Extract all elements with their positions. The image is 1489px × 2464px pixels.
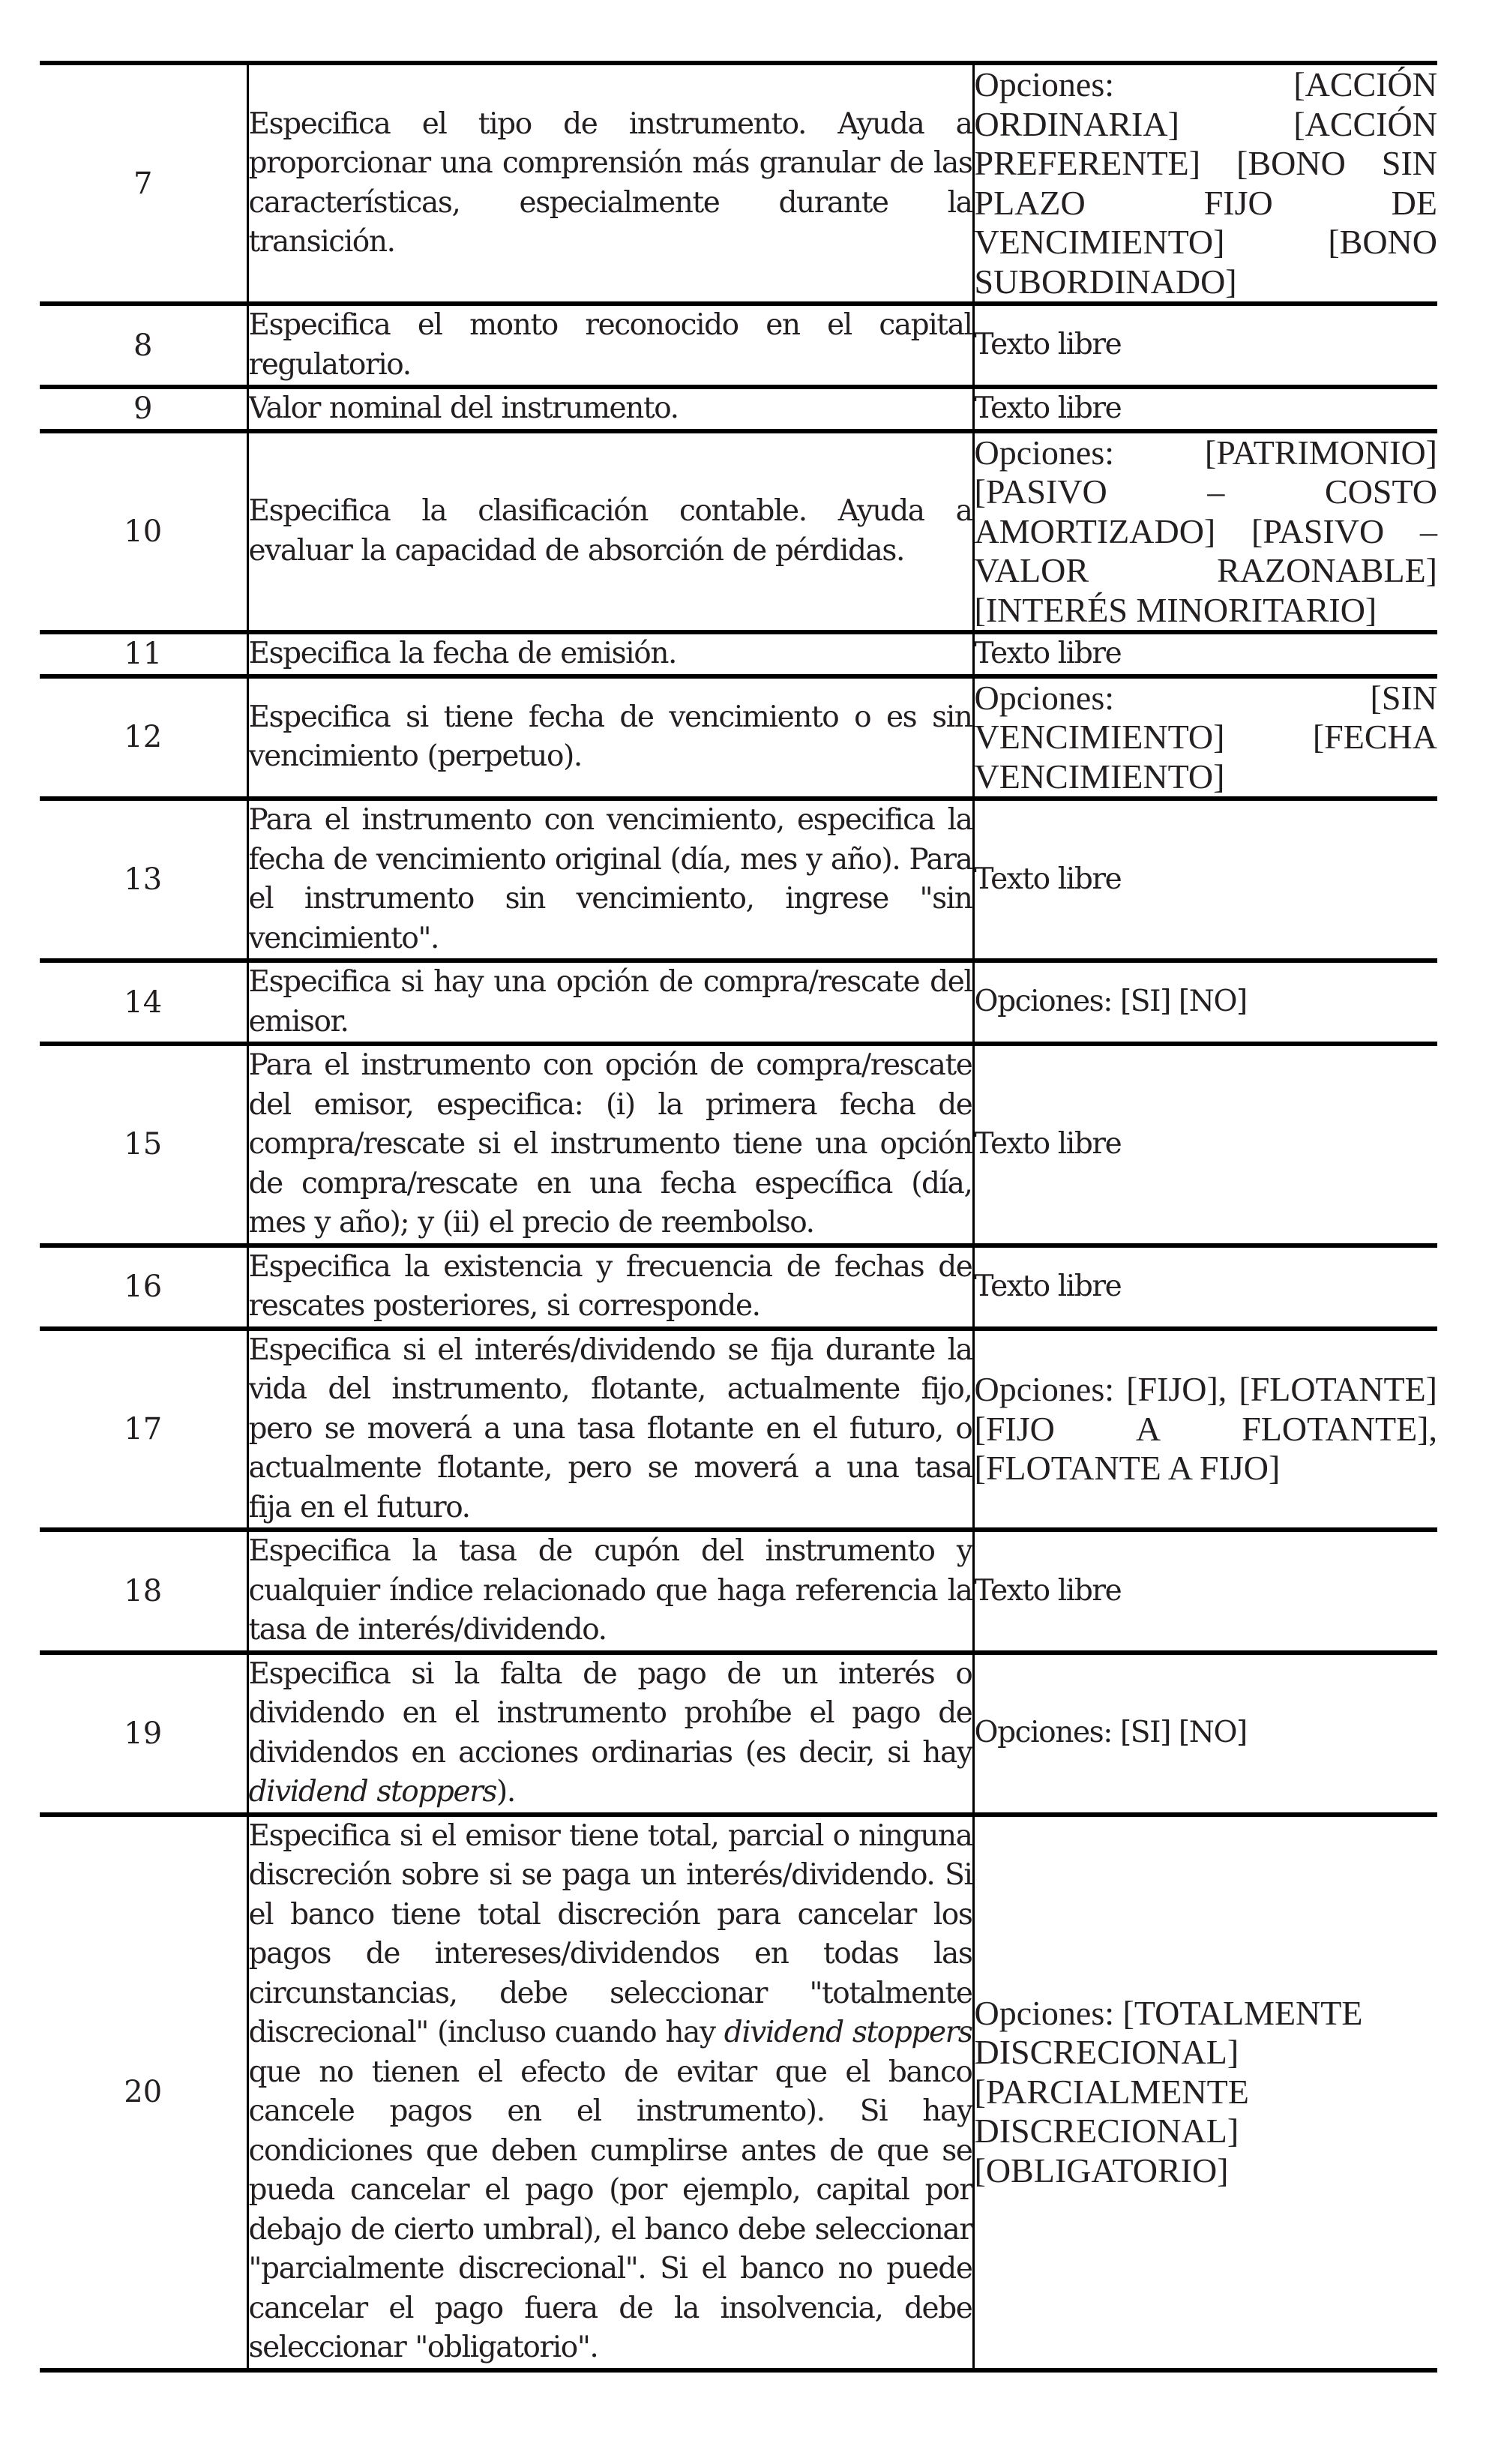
table-body: 7Especifica el tipo de instrumento. Ayud… (40, 63, 1437, 2370)
row-description: Especifica si tiene fecha de vencimiento… (247, 676, 973, 799)
row-options: Opciones: [SI] [NO] (973, 961, 1437, 1044)
row-options: Texto libre (973, 799, 1437, 961)
table-row: 11Especifica la fecha de emisión.Texto l… (40, 632, 1437, 676)
row-description: Para el instrumento con vencimiento, esp… (247, 799, 973, 961)
row-description: Especifica la fecha de emisión. (247, 632, 973, 676)
italic-term: dividend stoppers (724, 2016, 972, 2049)
row-options: Opciones: [ACCIÓN ORDINARIA] [ACCIÓN PRE… (973, 63, 1437, 304)
row-description: Especifica la existencia y frecuencia de… (247, 1245, 973, 1329)
row-options: Texto libre (973, 1245, 1437, 1329)
row-options: Opciones: [PATRIMONIO] [PASIVO – COSTO A… (973, 431, 1437, 633)
document-page: 7Especifica el tipo de instrumento. Ayud… (40, 61, 1437, 2373)
row-options: Texto libre (973, 1530, 1437, 1653)
row-number: 20 (40, 1815, 247, 2370)
row-description: Para el instrumento con opción de compra… (247, 1044, 973, 1245)
row-number: 7 (40, 63, 247, 304)
row-options: Texto libre (973, 387, 1437, 431)
table-row: 12Especifica si tiene fecha de vencimien… (40, 676, 1437, 799)
row-number: 13 (40, 799, 247, 961)
row-options: Texto libre (973, 632, 1437, 676)
row-options: Opciones: [SIN VENCIMIENTO] [FECHA VENCI… (973, 676, 1437, 799)
table-row: 15Para el instrumento con opción de comp… (40, 1044, 1437, 1245)
row-description: Especifica el monto reconocido en el cap… (247, 304, 973, 387)
table-row: 18Especifica la tasa de cupón del instru… (40, 1530, 1437, 1653)
table-row: 13Para el instrumento con vencimiento, e… (40, 799, 1437, 961)
table-row: 7Especifica el tipo de instrumento. Ayud… (40, 63, 1437, 304)
description-text: que no tienen el efecto de evitar que el… (249, 2055, 972, 2365)
row-description: Especifica si el interés/dividendo se fi… (247, 1329, 973, 1530)
row-description: Valor nominal del instrumento. (247, 387, 973, 431)
row-number: 19 (40, 1653, 247, 1815)
row-description: Especifica si el emisor tiene total, par… (247, 1815, 973, 2370)
row-number: 14 (40, 961, 247, 1044)
table-row: 16Especifica la existencia y frecuencia … (40, 1245, 1437, 1329)
table-row: 17Especifica si el interés/dividendo se … (40, 1329, 1437, 1530)
table-row: 8Especifica el monto reconocido en el ca… (40, 304, 1437, 387)
row-number: 10 (40, 431, 247, 633)
italic-term: dividend stoppers (249, 1775, 497, 1809)
description-text: ). (496, 1775, 515, 1809)
row-number: 12 (40, 676, 247, 799)
table-row: 19Especifica si la falta de pago de un i… (40, 1653, 1437, 1815)
row-number: 11 (40, 632, 247, 676)
row-options: Opciones: [SI] [NO] (973, 1653, 1437, 1815)
row-number: 9 (40, 387, 247, 431)
instrument-fields-table: 7Especifica el tipo de instrumento. Ayud… (40, 61, 1437, 2373)
description-text: Especifica si el emisor tiene total, par… (249, 1819, 972, 2050)
row-options: Opciones: [TOTALMENTE DISCRECIONAL] [PAR… (973, 1815, 1437, 2370)
description-text: Especifica si la falta de pago de un int… (249, 1657, 972, 1770)
row-description: Especifica si la falta de pago de un int… (247, 1653, 973, 1815)
table-row: 10Especifica la clasificación contable. … (40, 431, 1437, 633)
row-number: 18 (40, 1530, 247, 1653)
row-number: 17 (40, 1329, 247, 1530)
row-number: 15 (40, 1044, 247, 1245)
row-description: Especifica la tasa de cupón del instrume… (247, 1530, 973, 1653)
row-options: Texto libre (973, 304, 1437, 387)
row-description: Especifica la clasificación contable. Ay… (247, 431, 973, 633)
row-number: 8 (40, 304, 247, 387)
table-row: 9Valor nominal del instrumento.Texto lib… (40, 387, 1437, 431)
row-description: Especifica si hay una opción de compra/r… (247, 961, 973, 1044)
row-description: Especifica el tipo de instrumento. Ayuda… (247, 63, 973, 304)
row-options: Opciones: [FIJO], [FLOTANTE] [FIJO A FLO… (973, 1329, 1437, 1530)
row-options: Texto libre (973, 1044, 1437, 1245)
table-row: 14Especifica si hay una opción de compra… (40, 961, 1437, 1044)
row-number: 16 (40, 1245, 247, 1329)
table-row: 20Especifica si el emisor tiene total, p… (40, 1815, 1437, 2370)
